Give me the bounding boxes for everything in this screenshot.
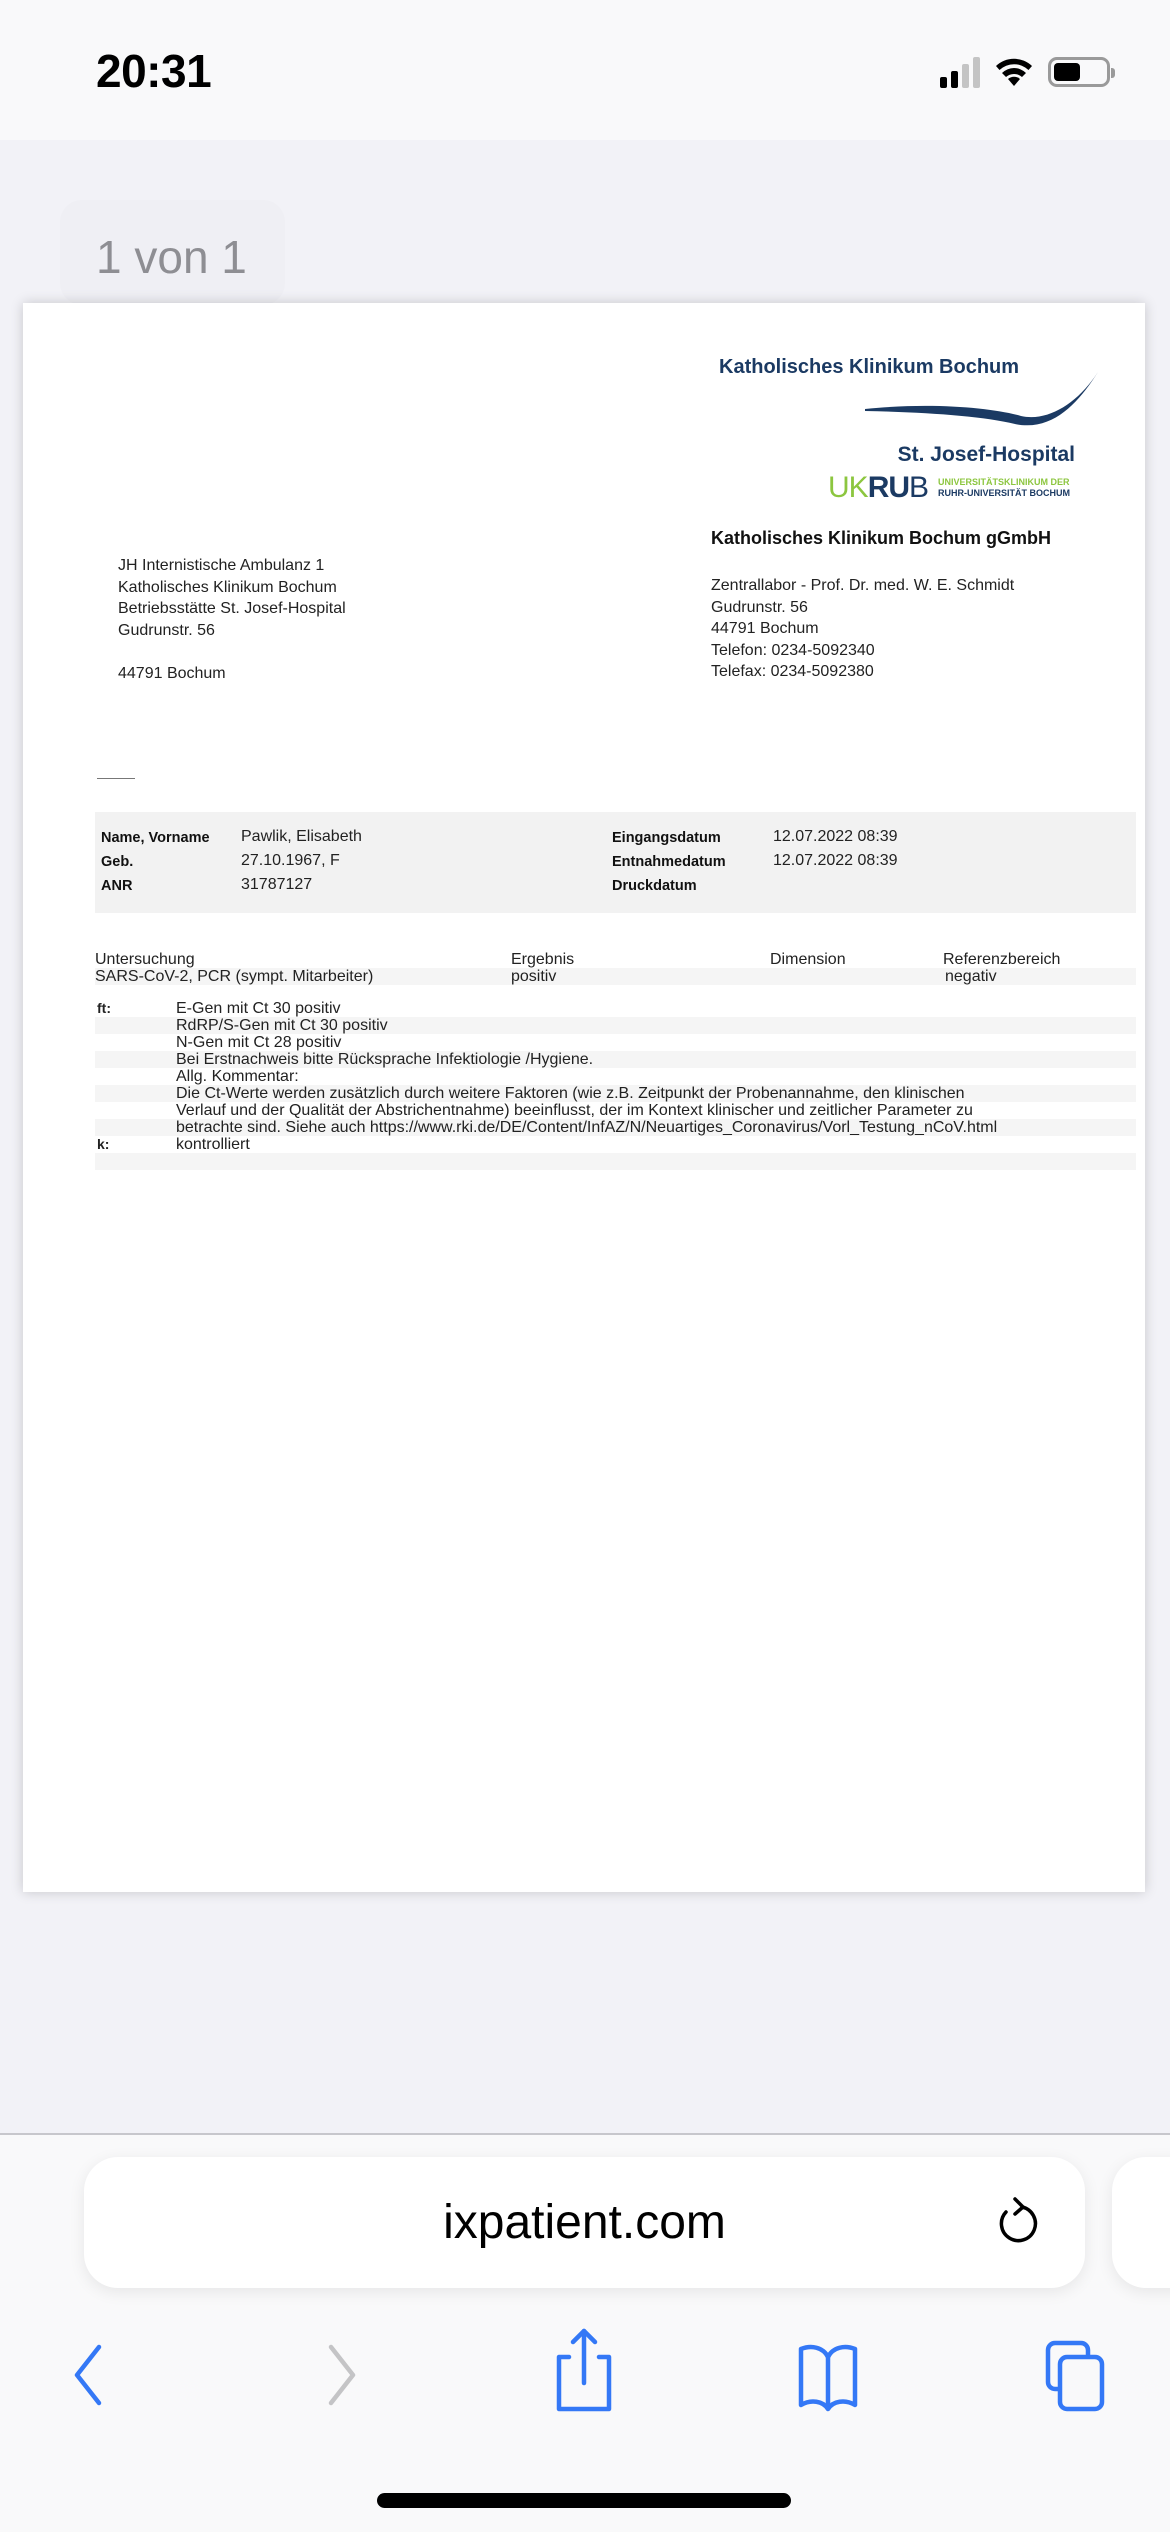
dob-value: 27.10.1967, F [241, 852, 340, 870]
header-test: Untersuchung [95, 951, 195, 969]
anr-label: ANR [101, 878, 132, 894]
comment-text: betrachte sind. Siehe auch https://www.r… [176, 1119, 997, 1136]
recipient-line: Betriebsstätte St. Josef-Hospital [118, 598, 346, 620]
comment-key: ft: [97, 1000, 111, 1017]
comment-text: Die Ct-Werte werden zusätzlich durch wei… [176, 1085, 965, 1102]
status-bar: 20:31 [0, 0, 1170, 140]
page-indicator: 1 von 1 [60, 200, 285, 305]
ukrub-b: B [909, 471, 928, 504]
comment-line: betrachte sind. Siehe auch https://www.r… [95, 1119, 1136, 1136]
comment-line: Die Ct-Werte werden zusätzlich durch wei… [95, 1085, 1136, 1102]
comment-text: E-Gen mit Ct 30 positiv [176, 1000, 341, 1017]
ukrub-line2: RUHR-UNIVERSITÄT BOCHUM [938, 488, 1070, 499]
bookmarks-icon[interactable] [793, 2335, 863, 2415]
header-unit: Dimension [770, 951, 846, 969]
ukrub-uk: UK [828, 471, 868, 504]
sender-phone: Telefon: 0234-5092340 [711, 640, 1014, 662]
sender-line: Gudrunstr. 56 [711, 597, 1014, 619]
comment-line [95, 1153, 1136, 1170]
status-icons [940, 52, 1110, 92]
comment-text: kontrolliert [176, 1136, 250, 1153]
home-indicator[interactable] [377, 2493, 791, 2508]
comment-text: Bei Erstnachweis bitte Rücksprache Infek… [176, 1051, 593, 1068]
comment-line: Verlauf und der Qualität der Abstrichent… [95, 1102, 1136, 1119]
sampled-label: Entnahmedatum [612, 854, 726, 870]
sender-name: Katholisches Klinikum Bochum gGmbH [711, 528, 1051, 549]
ukrub-logo: UKRUB UNIVERSITÄTSKLINIKUM DER RUHR-UNIV… [828, 471, 1070, 505]
lab-report-document[interactable]: Katholisches Klinikum Bochum St. Josef-H… [23, 303, 1145, 1892]
comment-line: k:kontrolliert [95, 1136, 1136, 1153]
ukrub-ru: RU [868, 471, 909, 504]
name-value: Pawlik, Elisabeth [241, 828, 362, 846]
comment-text: Verlauf und der Qualität der Abstrichent… [176, 1102, 973, 1119]
cell-result: positiv [511, 968, 556, 986]
results-table: Untersuchung Ergebnis Dimension Referenz… [95, 951, 1136, 1170]
header-result: Ergebnis [511, 951, 574, 969]
comment-key: k: [97, 1136, 109, 1153]
dob-label: Geb. [101, 854, 133, 870]
back-icon[interactable] [55, 2335, 125, 2415]
fold-mark [97, 778, 135, 779]
printed-label: Druckdatum [612, 878, 697, 894]
reload-icon[interactable] [989, 2195, 1045, 2251]
received-value: 12.07.2022 08:39 [773, 828, 898, 846]
comments-block: ft:E-Gen mit Ct 30 positiv RdRP/S-Gen mi… [95, 1000, 1136, 1170]
table-row: SARS-CoV-2, PCR (sympt. Mitarbeiter) pos… [95, 968, 1136, 985]
anr-value: 31787127 [241, 876, 312, 894]
recipient-address: JH Internistische Ambulanz 1 Katholische… [118, 555, 346, 684]
share-icon[interactable] [549, 2325, 619, 2415]
comment-text: RdRP/S-Gen mit Ct 30 positiv [176, 1017, 388, 1034]
wifi-icon [994, 56, 1034, 88]
page-indicator-text: 1 von 1 [96, 230, 247, 284]
cellular-signal-icon [940, 56, 980, 88]
status-time: 20:31 [96, 44, 211, 98]
comment-text: N-Gen mit Ct 28 positiv [176, 1034, 341, 1051]
sender-line: 44791 Bochum [711, 618, 1014, 640]
cell-reference: negativ [945, 968, 997, 986]
url-text[interactable]: ixpatient.com [84, 2195, 1085, 2250]
recipient-line: Katholisches Klinikum Bochum [118, 577, 346, 599]
forward-icon [305, 2335, 375, 2415]
next-tab-preview[interactable] [1112, 2157, 1170, 2288]
sender-address: Zentrallabor - Prof. Dr. med. W. E. Schm… [711, 575, 1014, 683]
battery-icon [1048, 57, 1110, 87]
sampled-value: 12.07.2022 08:39 [773, 852, 898, 870]
recipient-line: Gudrunstr. 56 [118, 620, 346, 642]
comment-line: Bei Erstnachweis bitte Rücksprache Infek… [95, 1051, 1136, 1068]
tabs-icon[interactable] [1040, 2335, 1110, 2415]
header-reference: Referenzbereich [943, 951, 1060, 969]
name-label: Name, Vorname [101, 830, 210, 846]
results-header: Untersuchung Ergebnis Dimension Referenz… [95, 951, 1136, 968]
recipient-line: JH Internistische Ambulanz 1 [118, 555, 346, 577]
comment-text: Allg. Kommentar: [176, 1068, 299, 1085]
ukrub-line1: UNIVERSITÄTSKLINIKUM DER [938, 477, 1070, 488]
logo-swoosh-icon [843, 358, 1103, 428]
recipient-city: 44791 Bochum [118, 663, 346, 685]
comment-line: RdRP/S-Gen mit Ct 30 positiv [95, 1017, 1136, 1034]
cell-test: SARS-CoV-2, PCR (sympt. Mitarbeiter) [95, 968, 373, 986]
sender-fax: Telefax: 0234-5092380 [711, 661, 1014, 683]
comment-line: Allg. Kommentar: [95, 1068, 1136, 1085]
comment-line: ft:E-Gen mit Ct 30 positiv [95, 1000, 1136, 1017]
patient-info-box: Name, Vorname Pawlik, Elisabeth Geb. 27.… [95, 812, 1136, 913]
received-label: Eingangsdatum [612, 830, 721, 846]
browser-toolbar: ixpatient.com [0, 2133, 1170, 2532]
comment-line: N-Gen mit Ct 28 positiv [95, 1034, 1136, 1051]
logo-hospital-name: St. Josef-Hospital [898, 443, 1075, 467]
sender-line: Zentrallabor - Prof. Dr. med. W. E. Schm… [711, 575, 1014, 597]
address-bar[interactable]: ixpatient.com [84, 2157, 1085, 2288]
